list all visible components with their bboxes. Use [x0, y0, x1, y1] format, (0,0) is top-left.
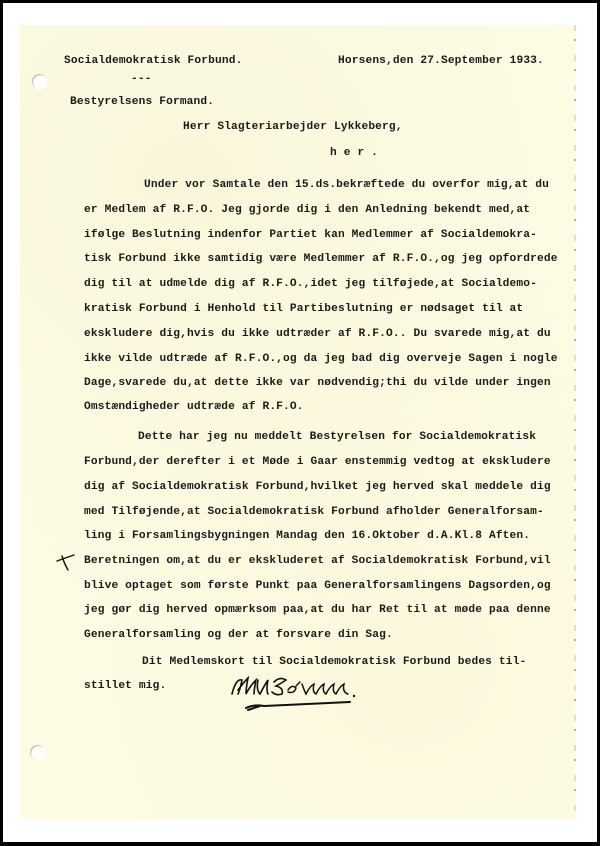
punch-hole-bottom [30, 745, 45, 760]
body-line: Forbund,der derefter i et Møde i Gaar en… [84, 455, 551, 469]
sender-name: Socialdemokratisk Forbund. [64, 54, 242, 68]
body-line: ikke vilde udtræde af R.F.O.,og da jeg b… [84, 352, 558, 366]
body-line: ifølge Beslutning indenfor Partiet kan M… [84, 228, 537, 242]
body-line: Dit Medlemskort til Socialdemokratisk Fo… [142, 655, 526, 669]
body-line: dig til at udmelde dig af R.F.O.,idet je… [84, 277, 537, 291]
handwritten-x-mark [55, 553, 75, 571]
page-right-edge [574, 25, 576, 819]
body-line: tisk Forbund ikke samtidig være Medlemme… [84, 252, 558, 266]
body-line: blive optaget som første Punkt paa Gener… [84, 579, 551, 593]
body-line: med Tilføjende,at Socialdemokratisk Forb… [84, 505, 544, 519]
body-line: kratisk Forbund i Henhold til Partibeslu… [84, 302, 523, 316]
body-line: er Medlem af R.F.O. Jeg gjorde dig i den… [84, 203, 530, 217]
body-line: dig af Socialdemokratisk Forbund,hvilket… [84, 480, 551, 494]
body-line: Generalforsamling og der at forsvare din… [84, 628, 393, 642]
body-line: Under vor Samtale den 15.ds.bekræftede d… [144, 178, 549, 192]
body-line: ekskludere dig,hvis du ikke udtræder af … [84, 327, 551, 341]
signature [230, 668, 380, 714]
body-line: Omstændigheder udtræde af R.F.O. [84, 400, 304, 414]
body-line: Dette har jeg nu meddelt Bestyrelsen for… [138, 430, 536, 444]
recipient-name: Herr Slagteriarbejder Lykkeberg, [183, 120, 403, 134]
sender-role: Bestyrelsens Formand. [70, 95, 214, 109]
body-line: stillet mig. [84, 679, 166, 693]
punch-hole-top [32, 74, 47, 89]
body-line: Dage,svarede du,at dette ikke var nødven… [84, 376, 551, 390]
body-line: ling i Forsamlingsbygningen Mandag den 1… [84, 529, 530, 543]
body-line: jeg gør dig herved opmærksom paa,at du h… [84, 603, 551, 617]
recipient-location: h e r . [330, 146, 378, 160]
place-date: Horsens,den 27.September 1933. [338, 54, 544, 68]
header-separator: --- [131, 72, 152, 86]
body-line: Beretningen om,at du er ekskluderet af S… [84, 554, 551, 568]
